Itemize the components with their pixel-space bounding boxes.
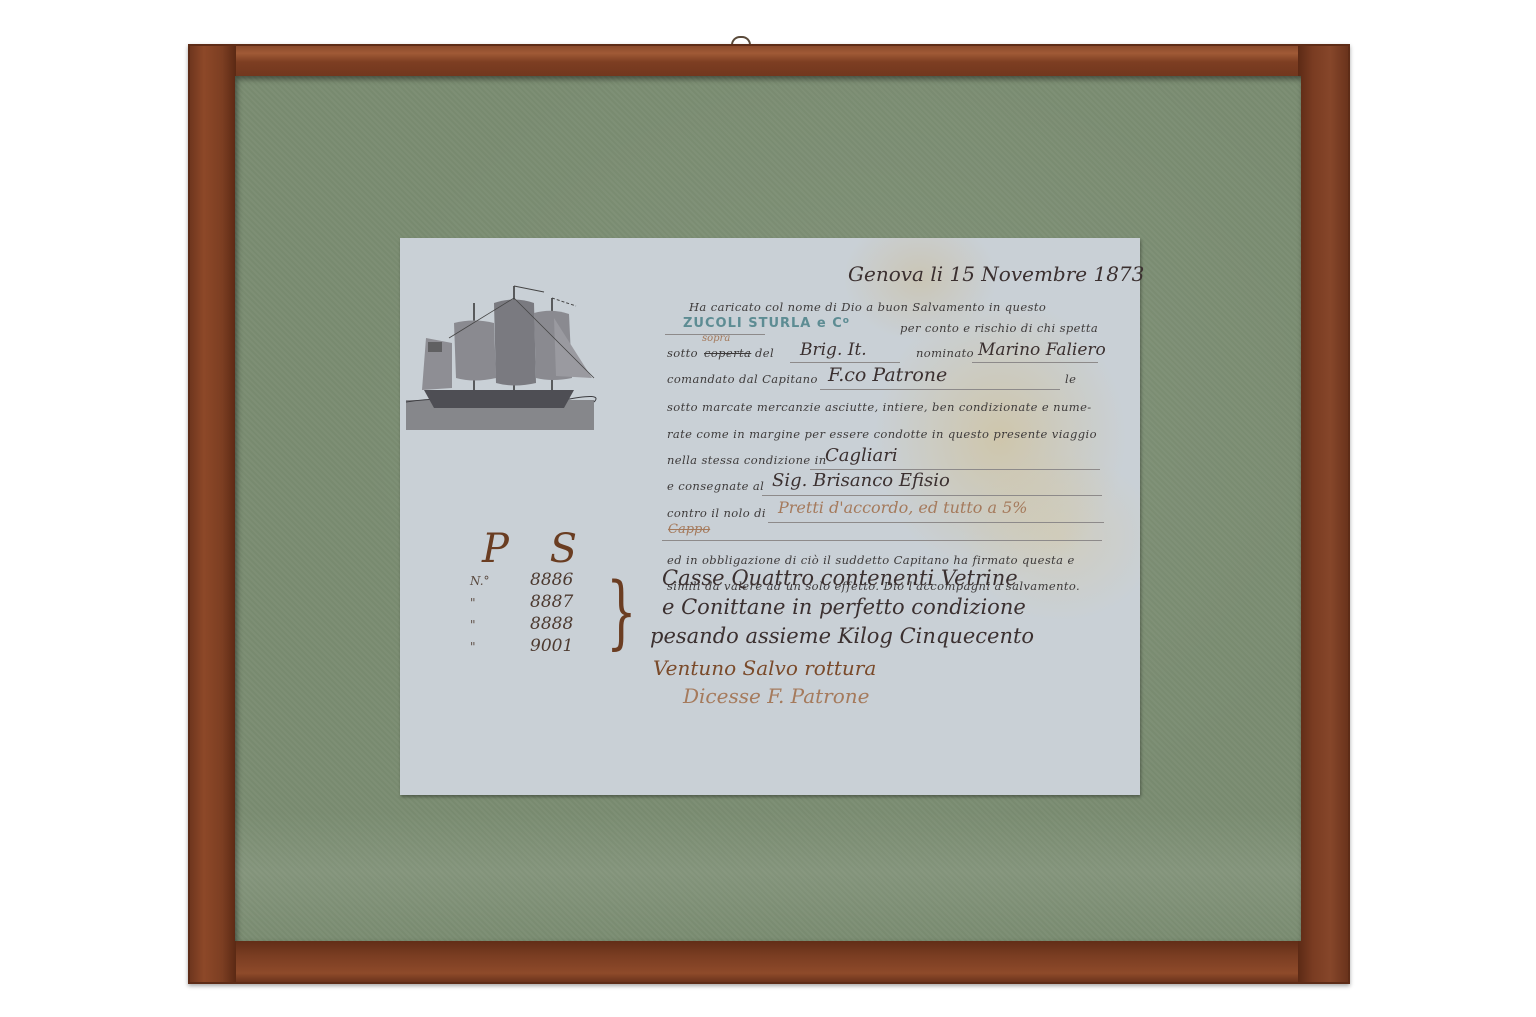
package-number-list: N.°8886 "8887 "8888 "9001 xyxy=(470,570,573,658)
inserted-correction: sopra xyxy=(702,333,730,344)
struck-freight-continuation: Cappo xyxy=(668,522,710,537)
freight-terms: Pretti d'accordo, ed tutto a 5% xyxy=(778,498,1028,517)
consignee: Sig. Brisanco Efisio xyxy=(772,470,950,491)
handwritten-body-line-3: pesando assieme Kilog Cinquecento xyxy=(650,624,1034,648)
destination: Cagliari xyxy=(825,445,898,466)
frame-bottom-rail xyxy=(190,938,1348,982)
fill-rule xyxy=(762,495,1102,496)
vessel-name: Marino Faliero xyxy=(978,340,1106,360)
package-number-row: N.°8886 xyxy=(470,570,573,592)
package-number-row: "9001 xyxy=(470,636,573,658)
handwritten-body-line-4: Ventuno Salvo rottura xyxy=(653,656,876,680)
package-number-row: "8887 xyxy=(470,592,573,614)
package-number-row: "8888 xyxy=(470,614,573,636)
fill-rule xyxy=(768,522,1104,523)
frame-right-rail xyxy=(1298,46,1348,982)
frame-left-rail xyxy=(190,46,236,982)
printed-line-1: Ha caricato col nome di Dio a buon Salva… xyxy=(689,300,1046,314)
printed-nominato: nominato xyxy=(916,346,974,360)
struck-word: coperta xyxy=(704,346,751,360)
printed-line-2: per conto e rischio di chi spetta xyxy=(900,321,1098,335)
bill-of-lading-document: Genova li 15 Novembre 1873 Ha caricato c… xyxy=(400,238,1140,795)
vessel-type: Brig. It. xyxy=(800,340,867,360)
printed-comandato: comandato dal Capitano xyxy=(667,372,818,386)
fill-rule xyxy=(972,362,1098,363)
cargo-mark: P S xyxy=(482,526,591,572)
printed-line-6: rate come in margine per essere condotte… xyxy=(667,427,1097,441)
fill-rule xyxy=(790,362,900,363)
printed-del: del xyxy=(755,346,774,360)
brace-icon: } xyxy=(606,572,637,652)
document-date: Genova li 15 Novembre 1873 xyxy=(848,262,1144,286)
printed-line-11: ed in obbligazione di ciò il suddetto Ca… xyxy=(667,553,1075,567)
ship-engraving-icon xyxy=(404,278,604,438)
printed-sotto: sotto xyxy=(667,346,698,360)
captain-name: F.co Patrone xyxy=(828,364,947,386)
printed-le: le xyxy=(1065,372,1076,386)
printed-destination-label: nella stessa condizione in xyxy=(667,453,827,467)
printed-freight-label: contro il nolo di xyxy=(667,506,766,520)
signature: Dicesse F. Patrone xyxy=(683,684,870,708)
fill-rule xyxy=(820,389,1060,390)
fill-rule xyxy=(662,540,1102,541)
printed-line-5: sotto marcate mercanzie asciutte, intier… xyxy=(667,400,1092,414)
handwritten-body-line-1: Casse Quattro contenenti Vetrine xyxy=(662,566,1018,590)
company-stamp: ZUCOLI STURLA e Co xyxy=(683,316,850,331)
handwritten-body-line-2: e Conittane in perfetto condizione xyxy=(662,595,1026,619)
printed-consignee-label: e consegnate al xyxy=(667,479,764,493)
